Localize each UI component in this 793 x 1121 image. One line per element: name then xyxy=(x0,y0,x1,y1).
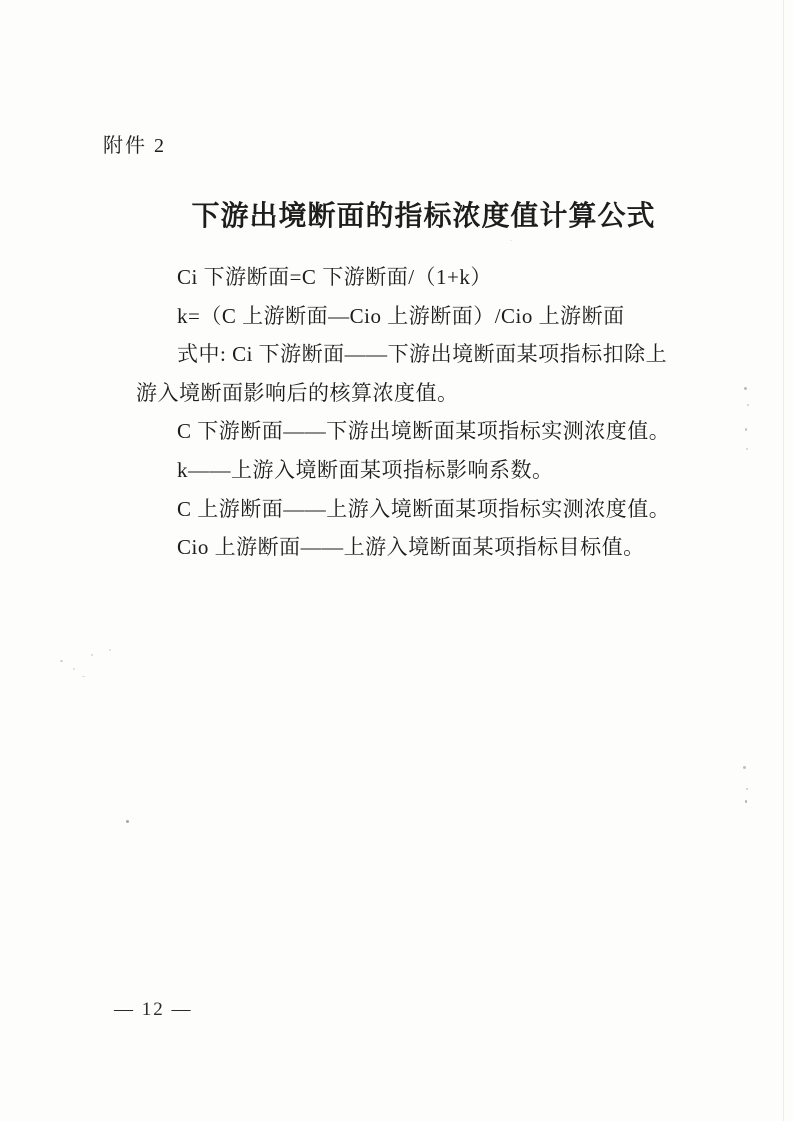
attachment-label: 附件 2 xyxy=(103,129,166,158)
scan-speck xyxy=(91,654,93,656)
scan-speck xyxy=(126,820,129,823)
scan-speck xyxy=(510,240,512,241)
definition-line-1-wrap: 游入境断面影响后的核算浓度值。 xyxy=(0,382,793,405)
scan-speck xyxy=(746,788,748,790)
scan-speck xyxy=(60,660,63,662)
scan-speck xyxy=(73,668,75,670)
formula-body: Ci 下游断面=C 下游断面/（1+k） k=（C 上游断面—Cio 上游断面）… xyxy=(0,266,793,575)
definition-line-3: k——上游入境断面某项指标影响系数。 xyxy=(0,459,793,482)
formula-line-1: Ci 下游断面=C 下游断面/（1+k） xyxy=(0,266,793,289)
scan-speck xyxy=(746,448,748,450)
definition-line-4: C 上游断面——上游入境断面某项指标实测浓度值。 xyxy=(0,498,793,521)
scan-speck xyxy=(109,649,111,651)
scan-speck xyxy=(747,404,749,406)
document-page: 附件 2 下游出境断面的指标浓度值计算公式 Ci 下游断面=C 下游断面/（1+… xyxy=(0,0,793,1121)
scan-speck xyxy=(745,428,747,431)
formula-line-2: k=（C 上游断面—Cio 上游断面）/Cio 上游断面 xyxy=(0,305,793,328)
definition-line-2: C 下游断面——下游出境断面某项指标实测浓度值。 xyxy=(0,420,793,443)
scan-speck xyxy=(82,676,85,677)
scan-edge-line xyxy=(783,0,784,1121)
scan-speck xyxy=(744,387,747,390)
scan-speck xyxy=(745,800,747,803)
scan-speck xyxy=(743,766,746,769)
page-number: — 12 — xyxy=(114,999,193,1021)
definition-line-5: Cio 上游断面——上游入境断面某项指标目标值。 xyxy=(0,536,793,559)
document-title: 下游出境断面的指标浓度值计算公式 xyxy=(0,194,793,234)
definition-line-1: 式中: Ci 下游断面——下游出境断面某项指标扣除上 xyxy=(0,343,793,366)
